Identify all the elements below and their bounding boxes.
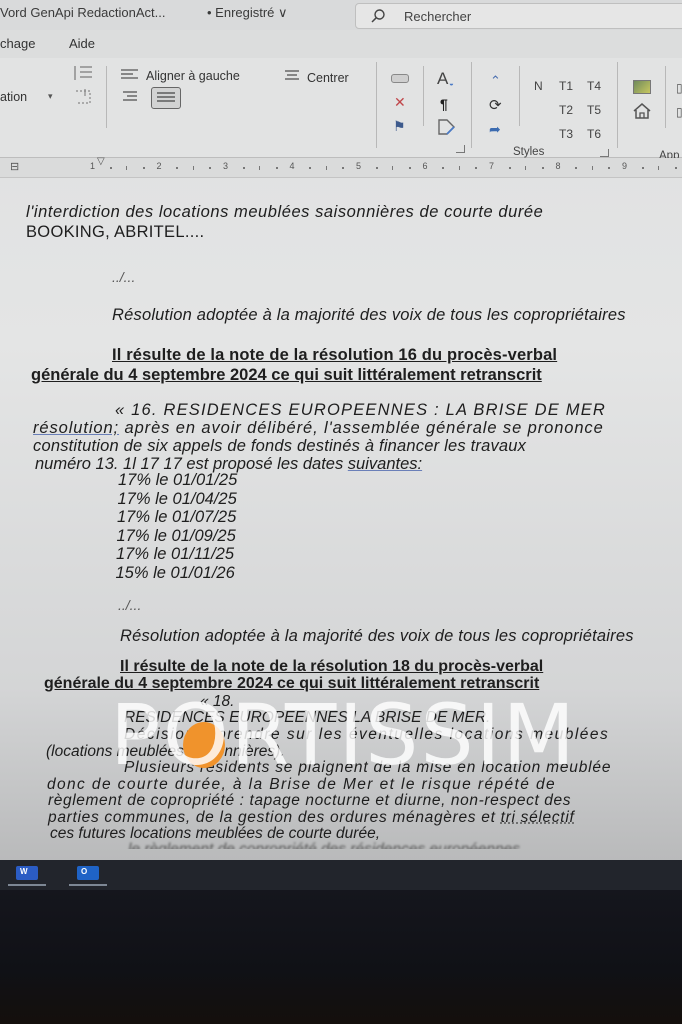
doc-heading: Il résulte de la note de la résolution 1… xyxy=(112,346,557,365)
delete-x-icon[interactable]: ✕ xyxy=(394,95,406,109)
align-center-icon xyxy=(283,69,301,83)
doc-line: le règlement de copropriété des résidenc… xyxy=(128,841,520,849)
styles-group-label: Styles xyxy=(513,146,544,158)
doc-line: règlement de copropriété : tapage noctur… xyxy=(48,792,571,810)
ruler-tick xyxy=(309,167,311,169)
schedule-row: 17% le 01/01/25 xyxy=(118,471,237,490)
ruler-tick xyxy=(459,166,460,170)
search-icon xyxy=(370,8,386,24)
spell-flag-word[interactable]: résolution; xyxy=(33,419,119,437)
title-bar: Vord GenApi RedactionAct... • Enregistré… xyxy=(0,0,682,30)
schedule-row: 15% le 01/01/26 xyxy=(116,564,235,583)
menu-tabs: chage Aide xyxy=(0,30,682,58)
ruler-tick xyxy=(259,166,260,170)
paragraph-launcher-icon[interactable] xyxy=(456,145,465,153)
justify-button[interactable] xyxy=(151,87,181,109)
save-status-dropdown[interactable]: • Enregistré ∨ xyxy=(207,5,288,21)
document-title: Vord GenApi RedactionAct... xyxy=(0,5,165,20)
pilcrow-icon[interactable]: ¶ xyxy=(440,97,448,111)
ribbon-separator xyxy=(519,66,520,126)
style-t4-button[interactable]: T4 xyxy=(587,79,601,93)
doc-line: RESIDENCES EUROPEENNES LA BRISE DE MER. xyxy=(124,709,490,727)
ruler-tick xyxy=(209,167,211,169)
ribbon-separator xyxy=(471,62,472,148)
redo-arrow-icon[interactable]: ➦ xyxy=(489,122,501,136)
schedule-row: 17% le 01/07/25 xyxy=(117,508,236,527)
chevron-down-icon[interactable]: ▾ xyxy=(48,92,53,101)
taskbar-outlook[interactable]: O xyxy=(67,862,107,886)
doc-line: Décision à prendre sur les éventuelles l… xyxy=(124,726,609,744)
align-left-icon xyxy=(120,68,140,82)
refresh-icon[interactable]: ⟳ xyxy=(489,98,502,113)
text-style-accent-icon: ◒ xyxy=(449,80,454,88)
field-icon[interactable] xyxy=(391,74,409,83)
ruler-tick xyxy=(608,167,610,169)
styles-gallery-icon[interactable]: ⌃ xyxy=(490,74,501,87)
ruler-tick xyxy=(442,167,444,169)
ruler-tick xyxy=(276,167,278,169)
ruler-number: 8 xyxy=(556,161,561,171)
ribbon-separator xyxy=(423,66,424,126)
ruler-tick xyxy=(376,167,378,169)
tab-aide[interactable]: Aide xyxy=(69,36,95,51)
doc-line: résolution; après en avoir délibéré, l'a… xyxy=(33,419,604,438)
taskbar-word[interactable]: W xyxy=(6,862,46,886)
ruler-number: 4 xyxy=(290,161,295,171)
spell-flag-word[interactable]: suivantes: xyxy=(348,455,422,473)
ruler[interactable]: ⊟▽1234567891 xyxy=(0,158,682,178)
screen-bezel xyxy=(0,890,682,1024)
home-icon[interactable] xyxy=(632,102,652,120)
ruler-tick xyxy=(243,167,245,169)
ruler-tick xyxy=(509,167,511,169)
app-partial-icon[interactable]: ▯ xyxy=(676,82,682,94)
indent-marker-icon[interactable]: ▽ xyxy=(97,156,105,167)
schedule-row: 17% le 01/04/25 xyxy=(118,490,237,509)
style-t2-button[interactable]: T2 xyxy=(559,103,573,117)
ribbon: ation ▾ Aligner à gauche Centrer xyxy=(0,58,682,158)
running-indicator xyxy=(8,884,46,886)
document-page[interactable]: l'interdiction des locations meublées sa… xyxy=(0,179,682,849)
align-left-button[interactable]: Aligner à gauche xyxy=(146,69,240,83)
ruler-number: 3 xyxy=(223,161,228,171)
screen: Vord GenApi RedactionAct... • Enregistré… xyxy=(0,0,682,860)
ruler-tick xyxy=(110,167,112,169)
search-placeholder: Rechercher xyxy=(404,9,471,24)
doc-line: Résolution adoptée à la majorité des voi… xyxy=(112,306,626,325)
style-t3-button[interactable]: T3 xyxy=(559,127,573,141)
partial-style-label: ation xyxy=(0,90,27,104)
flag-icon[interactable]: ⚑ xyxy=(393,119,406,133)
ruler-tick xyxy=(675,167,677,169)
doc-line: « 16. RESIDENCES EUROPEENNES : LA BRISE … xyxy=(115,401,606,420)
ruler-tick xyxy=(642,167,644,169)
justify-icon xyxy=(157,92,175,104)
ruler-number: 9 xyxy=(622,161,627,171)
style-normal-button[interactable]: N xyxy=(534,79,543,93)
line-spacing-icon[interactable] xyxy=(72,64,94,82)
ribbon-separator xyxy=(665,66,666,128)
doc-line: Résolution adoptée à la majorité des voi… xyxy=(120,627,634,646)
app-addin-icon[interactable] xyxy=(633,80,651,94)
ruler-tick xyxy=(342,167,344,169)
ribbon-separator xyxy=(617,62,618,148)
running-indicator xyxy=(69,884,107,886)
ruler-tick xyxy=(392,166,393,170)
ruler-tick xyxy=(658,166,659,170)
ruler-number: 7 xyxy=(489,161,494,171)
ruler-tick xyxy=(525,166,526,170)
ruler-number: 1 xyxy=(90,161,95,171)
center-button[interactable]: Centrer xyxy=(307,71,349,85)
tab-affichage[interactable]: chage xyxy=(0,36,35,51)
ruler-tick xyxy=(542,167,544,169)
doc-ellipsis: ../... xyxy=(112,269,135,285)
ruler-tick xyxy=(126,166,127,170)
grammar-flag-word[interactable]: tri sélectif xyxy=(501,809,575,826)
align-right-icon[interactable] xyxy=(121,90,139,104)
style-t5-button[interactable]: T5 xyxy=(587,103,601,117)
tab-stop-selector-icon[interactable]: ⊟ xyxy=(10,160,19,173)
ruler-tick xyxy=(592,166,593,170)
search-input[interactable]: Rechercher xyxy=(355,3,682,29)
ruler-tick xyxy=(409,167,411,169)
ribbon-separator xyxy=(106,66,107,128)
doc-line: l'interdiction des locations meublées sa… xyxy=(26,203,543,222)
ruler-tick xyxy=(575,167,577,169)
styles-launcher-icon[interactable] xyxy=(600,149,609,157)
doc-line: constitution de six appels de fonds dest… xyxy=(33,437,526,456)
doc-line: Plusieurs résidents se plaignent de la m… xyxy=(124,759,611,777)
style-t1-button[interactable]: T1 xyxy=(559,79,573,93)
text-style-icon[interactable]: A xyxy=(437,70,448,87)
ruler-tick xyxy=(475,167,477,169)
ruler-tick xyxy=(176,167,178,169)
ruler-number: 5 xyxy=(356,161,361,171)
doc-line: BOOKING, ABRITEL.... xyxy=(26,223,204,242)
ruler-tick xyxy=(143,167,145,169)
ruler-tick xyxy=(326,166,327,170)
ruler-number: 6 xyxy=(423,161,428,171)
style-t6-button[interactable]: T6 xyxy=(587,127,601,141)
ribbon-separator xyxy=(376,62,377,148)
doc-ellipsis: ../... xyxy=(118,597,141,613)
paragraph-spacing-icon[interactable] xyxy=(72,88,94,106)
ruler-tick xyxy=(193,166,194,170)
schedule-row: 17% le 01/11/25 xyxy=(116,545,234,564)
doc-heading: Il résulte de la note de la résolution 1… xyxy=(120,658,543,676)
doc-heading: générale du 4 septembre 2024 ce qui suit… xyxy=(44,675,539,693)
app-partial-icon-2[interactable]: ▯ xyxy=(676,106,682,118)
doc-heading: générale du 4 septembre 2024 ce qui suit… xyxy=(31,366,542,385)
taskbar: W O xyxy=(0,860,682,890)
tag-icon[interactable] xyxy=(437,118,457,136)
schedule-row: 17% le 01/09/25 xyxy=(117,527,236,546)
ruler-number: 2 xyxy=(157,161,162,171)
